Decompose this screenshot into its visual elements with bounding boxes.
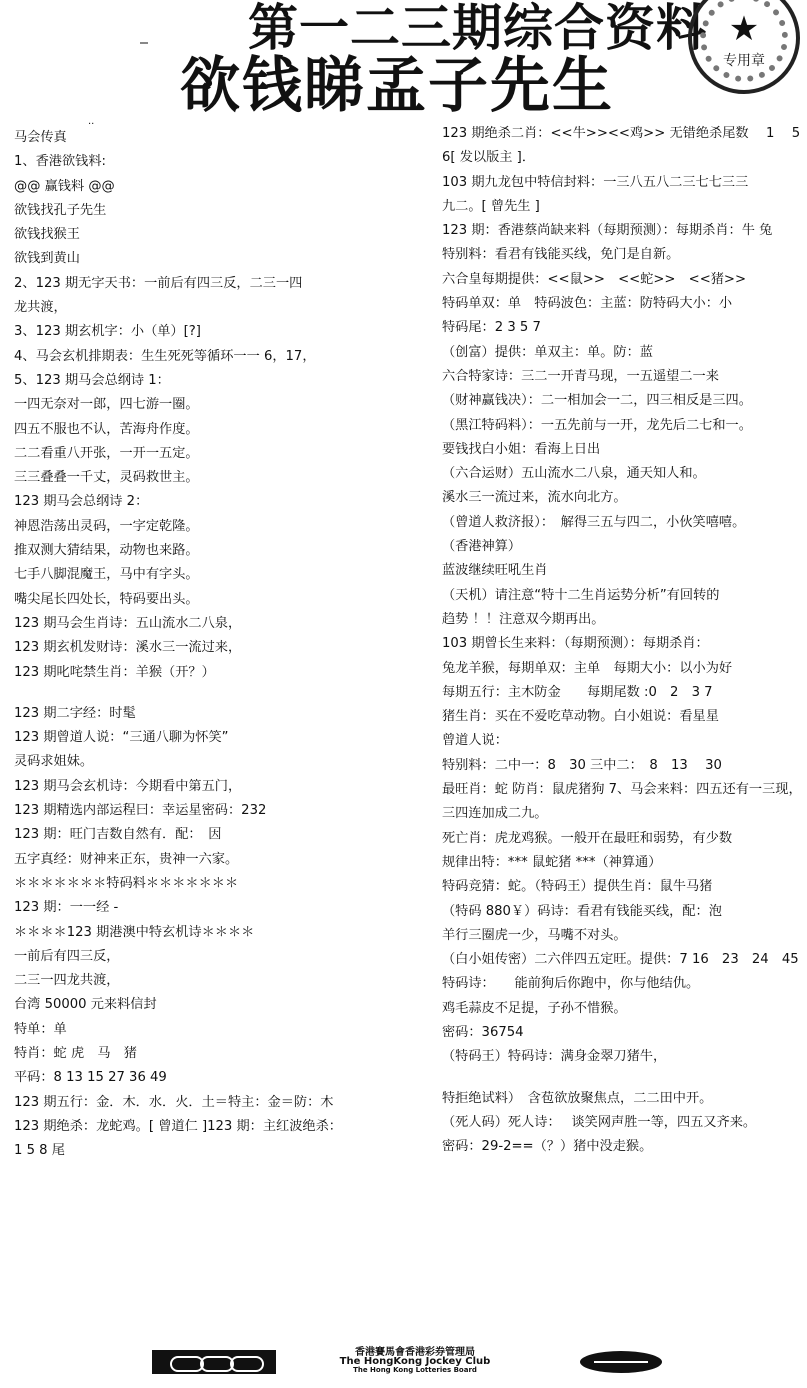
text-line: 要钱找白小姐：看海上日出 [442,438,802,462]
text-line: 特肖：蛇 虎 马 猪 [14,1042,342,1066]
text-line: 123 期：香港蔡尚缺来料（每期预测）：每期杀肖：牛 兔 [442,219,802,243]
scan-mark [140,42,148,44]
official-seal: ★ 专用章 [688,0,800,94]
footer-english-1: The HongKong Jockey Club [295,1357,535,1366]
text-line: 123 期玄机发财诗：溪水三一流过来， [14,636,342,660]
footer-logos: 香港賽馬會香港彩券管理局 The HongKong Jockey Club Th… [150,1348,670,1374]
text-line: （香港神算） [442,535,802,559]
text-line: 2、123 期无字天书：一前后有四三反，二三一四 [14,272,342,296]
text-line: 七手八脚混魔王，马中有字头。 [14,563,342,587]
text-line: 123 期绝杀二肖：<<牛>><<鸡>> 无错绝杀尾数 1 5 [442,122,802,146]
text-line: 1、香港欲钱料: [14,150,342,174]
page-subtitle: 欲钱睇孟子先生 [180,52,614,120]
text-line: （黑江特码料）：一五先前与一开，龙先后二七和一。 [442,414,802,438]
text-line: 特码竞猜：蛇。（特码王）提供生肖：鼠牛马猪 [442,875,802,899]
text-line: 特码诗： 能前狗后你跑中，你与他结仇。 [442,972,802,996]
text-line: 3、123 期玄机字：小（单）[?] [14,320,342,344]
text-line: 二二看重八开张，一开一五定。 [14,442,342,466]
text-line: 死亡肖：虎龙鸡猴。一般开在最旺和弱势，有少数 [442,827,802,851]
text-line: 蓝波继续旺吼生肖 [442,559,802,583]
text-line: 123 期叱咤禁生肖：羊猴（开？） [14,661,342,685]
text-line: 九二。[ 曾先生 ] [442,195,802,219]
star-icon: ★ [692,12,796,46]
text-line: 三三叠叠一千丈，灵码救世主。 [14,466,342,490]
text-line: 神恩浩荡出灵码，一字定乾隆。 [14,515,342,539]
text-line: （特码王）特码诗：满身金翠刀猪牛， [442,1045,802,1069]
text-line: 1 5 8 尾 [14,1139,342,1163]
text-line: （六合运财）五山流水二八泉，通天知人和。 [442,462,802,486]
text-line: （白小姐传密）二六伴四五定旺。提供：7 16 23 24 45 [442,948,802,972]
text-line: 兔龙羊猴，每期单双：主单 每期大小：以小为好 [442,657,802,681]
footer-english-2: The Hong Kong Lotteries Board [295,1366,535,1375]
text-line: （创富）提供：单双主：单。防：蓝 [442,341,802,365]
text-line: 猪生肖：买在不爱吃草动物。白小姐说：看星星 [442,705,802,729]
text-line [14,685,342,702]
text-line: （天机）请注意“特十二生肖运势分析”有回转的 [442,584,802,608]
text-line: 一前后有四三反， [14,945,342,969]
text-line: 123 期马会生肖诗：五山流水二八泉， [14,612,342,636]
text-line: 特别料：看君有钱能买线，免门是自新。 [442,243,802,267]
text-line: @@ 赢钱料 @@ [14,175,342,199]
text-line: 123 期马会总纲诗 2： [14,490,342,514]
text-line: 灵码求姐妹。 [14,750,342,774]
text-line: 六合特家诗：三二一开青马现，一五遥望二一来 [442,365,802,389]
text-line: （特码 880￥）码诗：看君有钱能买线，配：泡 [442,900,802,924]
text-line: 曾道人说： [442,729,802,753]
jockey-club-logo-icon [152,1350,276,1374]
text-line: 特码尾：2 3 5 7 [442,316,802,340]
text-line: 123 期五行：金．木．水．火．土＝特主：金＝防：木 [14,1091,342,1115]
text-line: 欲钱找猴王 [14,223,342,247]
text-line: 特单：单 [14,1018,342,1042]
text-line: 123 期：一一经 - [14,896,342,920]
text-line: 羊行三圈虎一少，马嘴不对头。 [442,924,802,948]
text-line: 台湾 50000 元来料信封 [14,993,342,1017]
text-line: 每期五行：主木防金 每期尾数 :0 2 3 7 [442,681,802,705]
text-line: 103 期曾长生来料：（每期预测）：每期杀肖： [442,632,802,656]
left-column: 马会传真1、香港欲钱料:@@ 赢钱料 @@欲钱找孔子先生欲钱找猴王欲钱到黄山2、… [14,126,342,1163]
text-line: 123 期曾道人说：“三通八聊为怀笑” [14,726,342,750]
text-line: ＊＊＊＊＊＊＊特码料＊＊＊＊＊＊＊ [14,872,342,896]
text-line: 特拒绝试料） 含苞欲放聚焦点，二二田中开。 [442,1087,802,1111]
text-line: 六合皇每期提供：<<鼠>> <<蛇>> <<猪>> [442,268,802,292]
text-line: 密码：29-2==（？）猪中没走猴。 [442,1135,802,1159]
text-line: 鸡毛蒜皮不足提，子孙不惜猴。 [442,997,802,1021]
text-line: （财神赢钱决）：二一相加会一二，四三相反是三四。 [442,389,802,413]
footer-org-names: 香港賽馬會香港彩券管理局 The HongKong Jockey Club Th… [295,1348,535,1375]
text-line: 规律出特：*** 鼠蛇猪 ***（神算通） [442,851,802,875]
text-line: 五字真经：财神来正东，贵神一六家。 [14,848,342,872]
text-line: 123 期精选内部运程曰：幸运星密码：232 [14,799,342,823]
text-line: 马会传真 [14,126,342,150]
right-column: 123 期绝杀二肖：<<牛>><<鸡>> 无错绝杀尾数 1 56[ 发以版主 ]… [442,122,802,1159]
text-line: （死人码）死人诗： 谈笑网声胜一等，四五又齐来。 [442,1111,802,1135]
text-line: （曾道人救济报）： 解得三五与四二，小伙笑嘻嘻。 [442,511,802,535]
seal-text: 专用章 [692,50,796,70]
text-line: 123 期马会玄机诗：今期看中第五门， [14,775,342,799]
text-line: 密码：36754 [442,1021,802,1045]
text-line: 四五不服也不认，苦海舟作度。 [14,418,342,442]
text-line: 趋势 ！！注意双今期再出。 [442,608,802,632]
page-title: 第一二三期综合资料 [248,0,707,56]
text-line: 103 期九龙包中特信封料：一三八五八二三七七三三 [442,171,802,195]
text-line: 最旺肖：蛇 防肖：鼠虎猪狗 7、马会来料：四五还有一三现， [442,778,802,802]
text-line: 123 期：旺门吉数自然有．配： 因 [14,823,342,847]
text-line: 欲钱找孔子先生 [14,199,342,223]
text-line: 平码：8 13 15 27 36 49 [14,1066,342,1090]
text-line: 123 期二字经：时髦 [14,702,342,726]
text-line: 4、马会玄机排期表：生生死死等循环一一 6，17， [14,345,342,369]
text-line: 欲钱到黄山 [14,247,342,271]
text-line: 二三一四龙共渡， [14,969,342,993]
text-line: ＊＊＊＊123 期港澳中特玄机诗＊＊＊＊ [14,921,342,945]
text-line: 一四无奈对一郎，四七游一圈。 [14,393,342,417]
text-line: 溪水三一流过来，流水向北方。 [442,486,802,510]
text-line: 123 期绝杀：龙蛇鸡。[ 曾道仁 ]123 期：主红波绝杀： [14,1115,342,1139]
text-line: 龙共渡， [14,296,342,320]
text-line: 特码单双：单 特码波色：主蓝：防特码大小：小 [442,292,802,316]
text-line [442,1070,802,1087]
text-line: 5、123 期马会总纲诗 1： [14,369,342,393]
text-line: 推双测大猜结果，动物也来路。 [14,539,342,563]
text-line: 三四连加成二九。 [442,802,802,826]
lotteries-board-logo-icon [580,1351,662,1373]
text-line: 6[ 发以版主 ]． [442,146,802,170]
text-line: 嘴尖尾长四处长，特码要出头。 [14,588,342,612]
text-line: 特别料：二中一：8 30 三中二： 8 13 30 [442,754,802,778]
